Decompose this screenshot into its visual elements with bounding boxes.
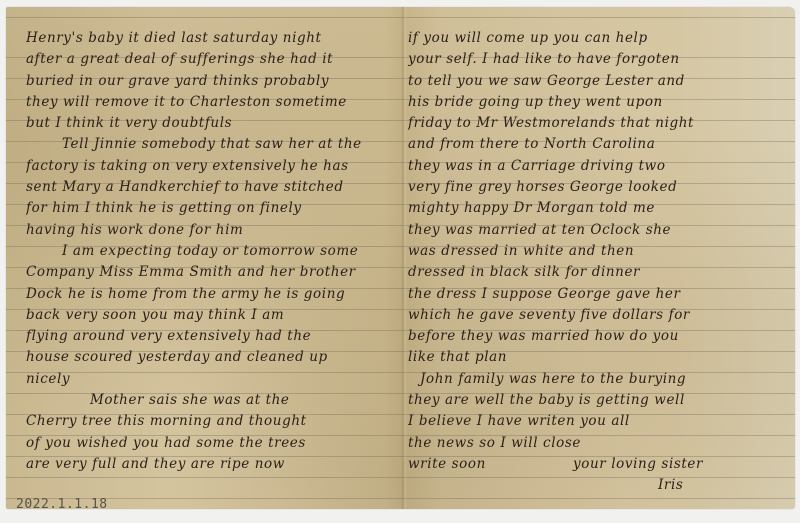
- text-line: friday to Mr Westmorelands that night: [408, 113, 783, 134]
- text-line: Mother sais she was at the: [26, 390, 396, 411]
- center-fold: [401, 7, 407, 509]
- text-line: to tell you we saw George Lester and: [408, 71, 783, 92]
- text-line: they was married at ten Oclock she: [408, 220, 783, 241]
- text-line: the news so I will close: [408, 433, 783, 454]
- text-line: Cherry tree this morning and thought: [26, 411, 396, 432]
- text-line: dressed in black silk for dinner: [408, 262, 783, 283]
- text-line: they will remove it to Charleston someti…: [26, 92, 396, 113]
- text-line: your self. I had like to have forgoten: [408, 49, 783, 70]
- text-line: if you will come up you can help: [408, 28, 783, 49]
- text-line: having his work done for him: [26, 220, 396, 241]
- text-line: Henry's baby it died last saturday night: [26, 28, 396, 49]
- text-line: factory is taking on very extensively he…: [26, 156, 396, 177]
- text-line: back very soon you may think I am: [26, 305, 396, 326]
- text-line: the dress I suppose George gave her: [408, 284, 783, 305]
- text-line: Company Miss Emma Smith and her brother: [26, 262, 396, 283]
- text-line: before they was married how do you: [408, 326, 783, 347]
- text-line: Dock he is home from the army he is goin…: [26, 284, 396, 305]
- text-line: like that plan: [408, 347, 783, 368]
- text-line: I believe I have writen you all: [408, 411, 783, 432]
- text-line: buried in our grave yard thinks probably: [26, 71, 396, 92]
- text-line: John family was here to the burying: [408, 369, 783, 390]
- text-line: very fine grey horses George looked: [408, 177, 783, 198]
- text-line: which he gave seventy five dollars for: [408, 305, 783, 326]
- left-page: Henry's baby it died last saturday night…: [26, 28, 396, 475]
- text-line: I am expecting today or tomorrow some: [26, 241, 396, 262]
- text-line: of you wished you had some the trees: [26, 433, 396, 454]
- text-line: mighty happy Dr Morgan told me: [408, 198, 783, 219]
- accession-number: 2022.1.1.18: [16, 497, 108, 512]
- text-line: and from there to North Carolina: [408, 134, 783, 155]
- text-line: sent Mary a Handkerchief to have stitche…: [26, 177, 396, 198]
- text-line: write soon your loving sister: [408, 454, 783, 475]
- text-line: after a great deal of sufferings she had…: [26, 49, 396, 70]
- text-line: was dressed in white and then: [408, 241, 783, 262]
- text-line: his bride going up they went upon: [408, 92, 783, 113]
- text-line: house scoured yesterday and cleaned up: [26, 347, 396, 368]
- text-line: nicely: [26, 369, 396, 390]
- text-line: for him I think he is getting on finely: [26, 198, 396, 219]
- text-line: they was in a Carriage driving two: [408, 156, 783, 177]
- signature: Iris: [408, 475, 783, 496]
- text-line: Tell Jinnie somebody that saw her at the: [26, 134, 396, 155]
- text-line: are very full and they are ripe now: [26, 454, 396, 475]
- write-soon-text: write soon: [408, 456, 486, 472]
- closing-text: your loving sister: [573, 454, 703, 475]
- text-line: but I think it very doubtfuls: [26, 113, 396, 134]
- text-line: flying around very extensively had the: [26, 326, 396, 347]
- right-page: if you will come up you can help your se…: [408, 28, 783, 497]
- text-line: they are well the baby is getting well: [408, 390, 783, 411]
